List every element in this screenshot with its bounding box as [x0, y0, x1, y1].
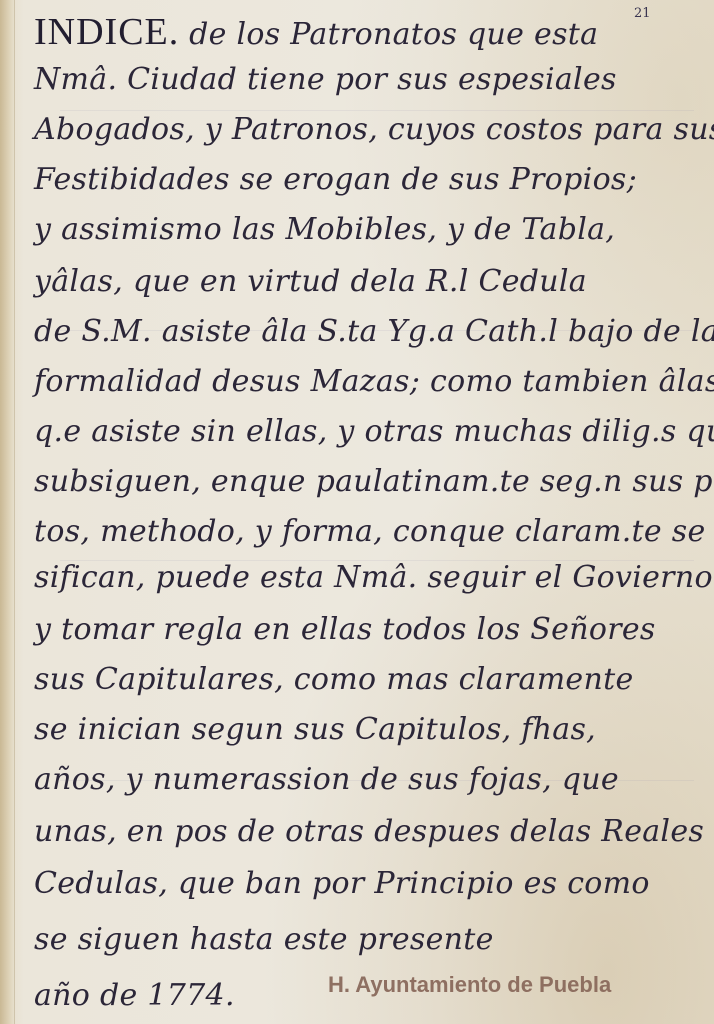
- text-line: Nmâ. Ciudad tiene por sus espesiales: [34, 62, 617, 97]
- text-line: sifican, puede esta Nmâ. seguir el Govie…: [34, 560, 713, 595]
- manuscript-page: 21 INDICE. de los Patronatos que esta Nm…: [0, 0, 714, 1024]
- text-line: INDICE. de los Patronatos que esta: [34, 10, 598, 54]
- text-line: subsiguen, enque paulatinam.te seg.n sus…: [34, 464, 714, 499]
- text-line: se inician segun sus Capitulos, fhas,: [34, 712, 596, 747]
- text-line: Festibidades se erogan de sus Propios;: [34, 162, 637, 197]
- text-line: y tomar regla en ellas todos los Señores: [34, 612, 656, 647]
- text-line: q.e asiste sin ellas, y otras muchas dil…: [34, 414, 714, 449]
- text-line: yâlas, que en virtud dela R.l Cedula: [34, 264, 587, 299]
- page-binding-edge: [0, 0, 15, 1024]
- line-text: de los Patronatos que esta: [179, 17, 598, 52]
- archive-watermark: H. Ayuntamiento de Puebla: [328, 972, 611, 998]
- text-line: Cedulas, que ban por Principio es como: [34, 866, 650, 901]
- text-line: de S.M. asiste âla S.ta Yg.a Cath.l bajo…: [34, 314, 714, 349]
- text-line: sus Capitulares, como mas claramente: [34, 662, 634, 697]
- text-line: formalidad desus Mazas; como tambien âla…: [34, 364, 714, 399]
- text-line: tos, methodo, y forma, conque claram.te …: [34, 514, 714, 549]
- text-line: Abogados, y Patronos, cuyos costos para …: [34, 112, 714, 147]
- folio-number: 21: [634, 6, 651, 21]
- text-line: y assimismo las Mobibles, y de Tabla,: [34, 212, 615, 247]
- text-line: unas, en pos de otras despues delas Real…: [34, 814, 704, 849]
- bleed-through-line: [60, 110, 694, 111]
- text-line: años, y numerassion de sus fojas, que: [34, 762, 619, 797]
- text-line: año de 1774.: [34, 978, 235, 1013]
- text-line: se siguen hasta este presente: [34, 922, 494, 957]
- index-heading: INDICE.: [34, 11, 179, 53]
